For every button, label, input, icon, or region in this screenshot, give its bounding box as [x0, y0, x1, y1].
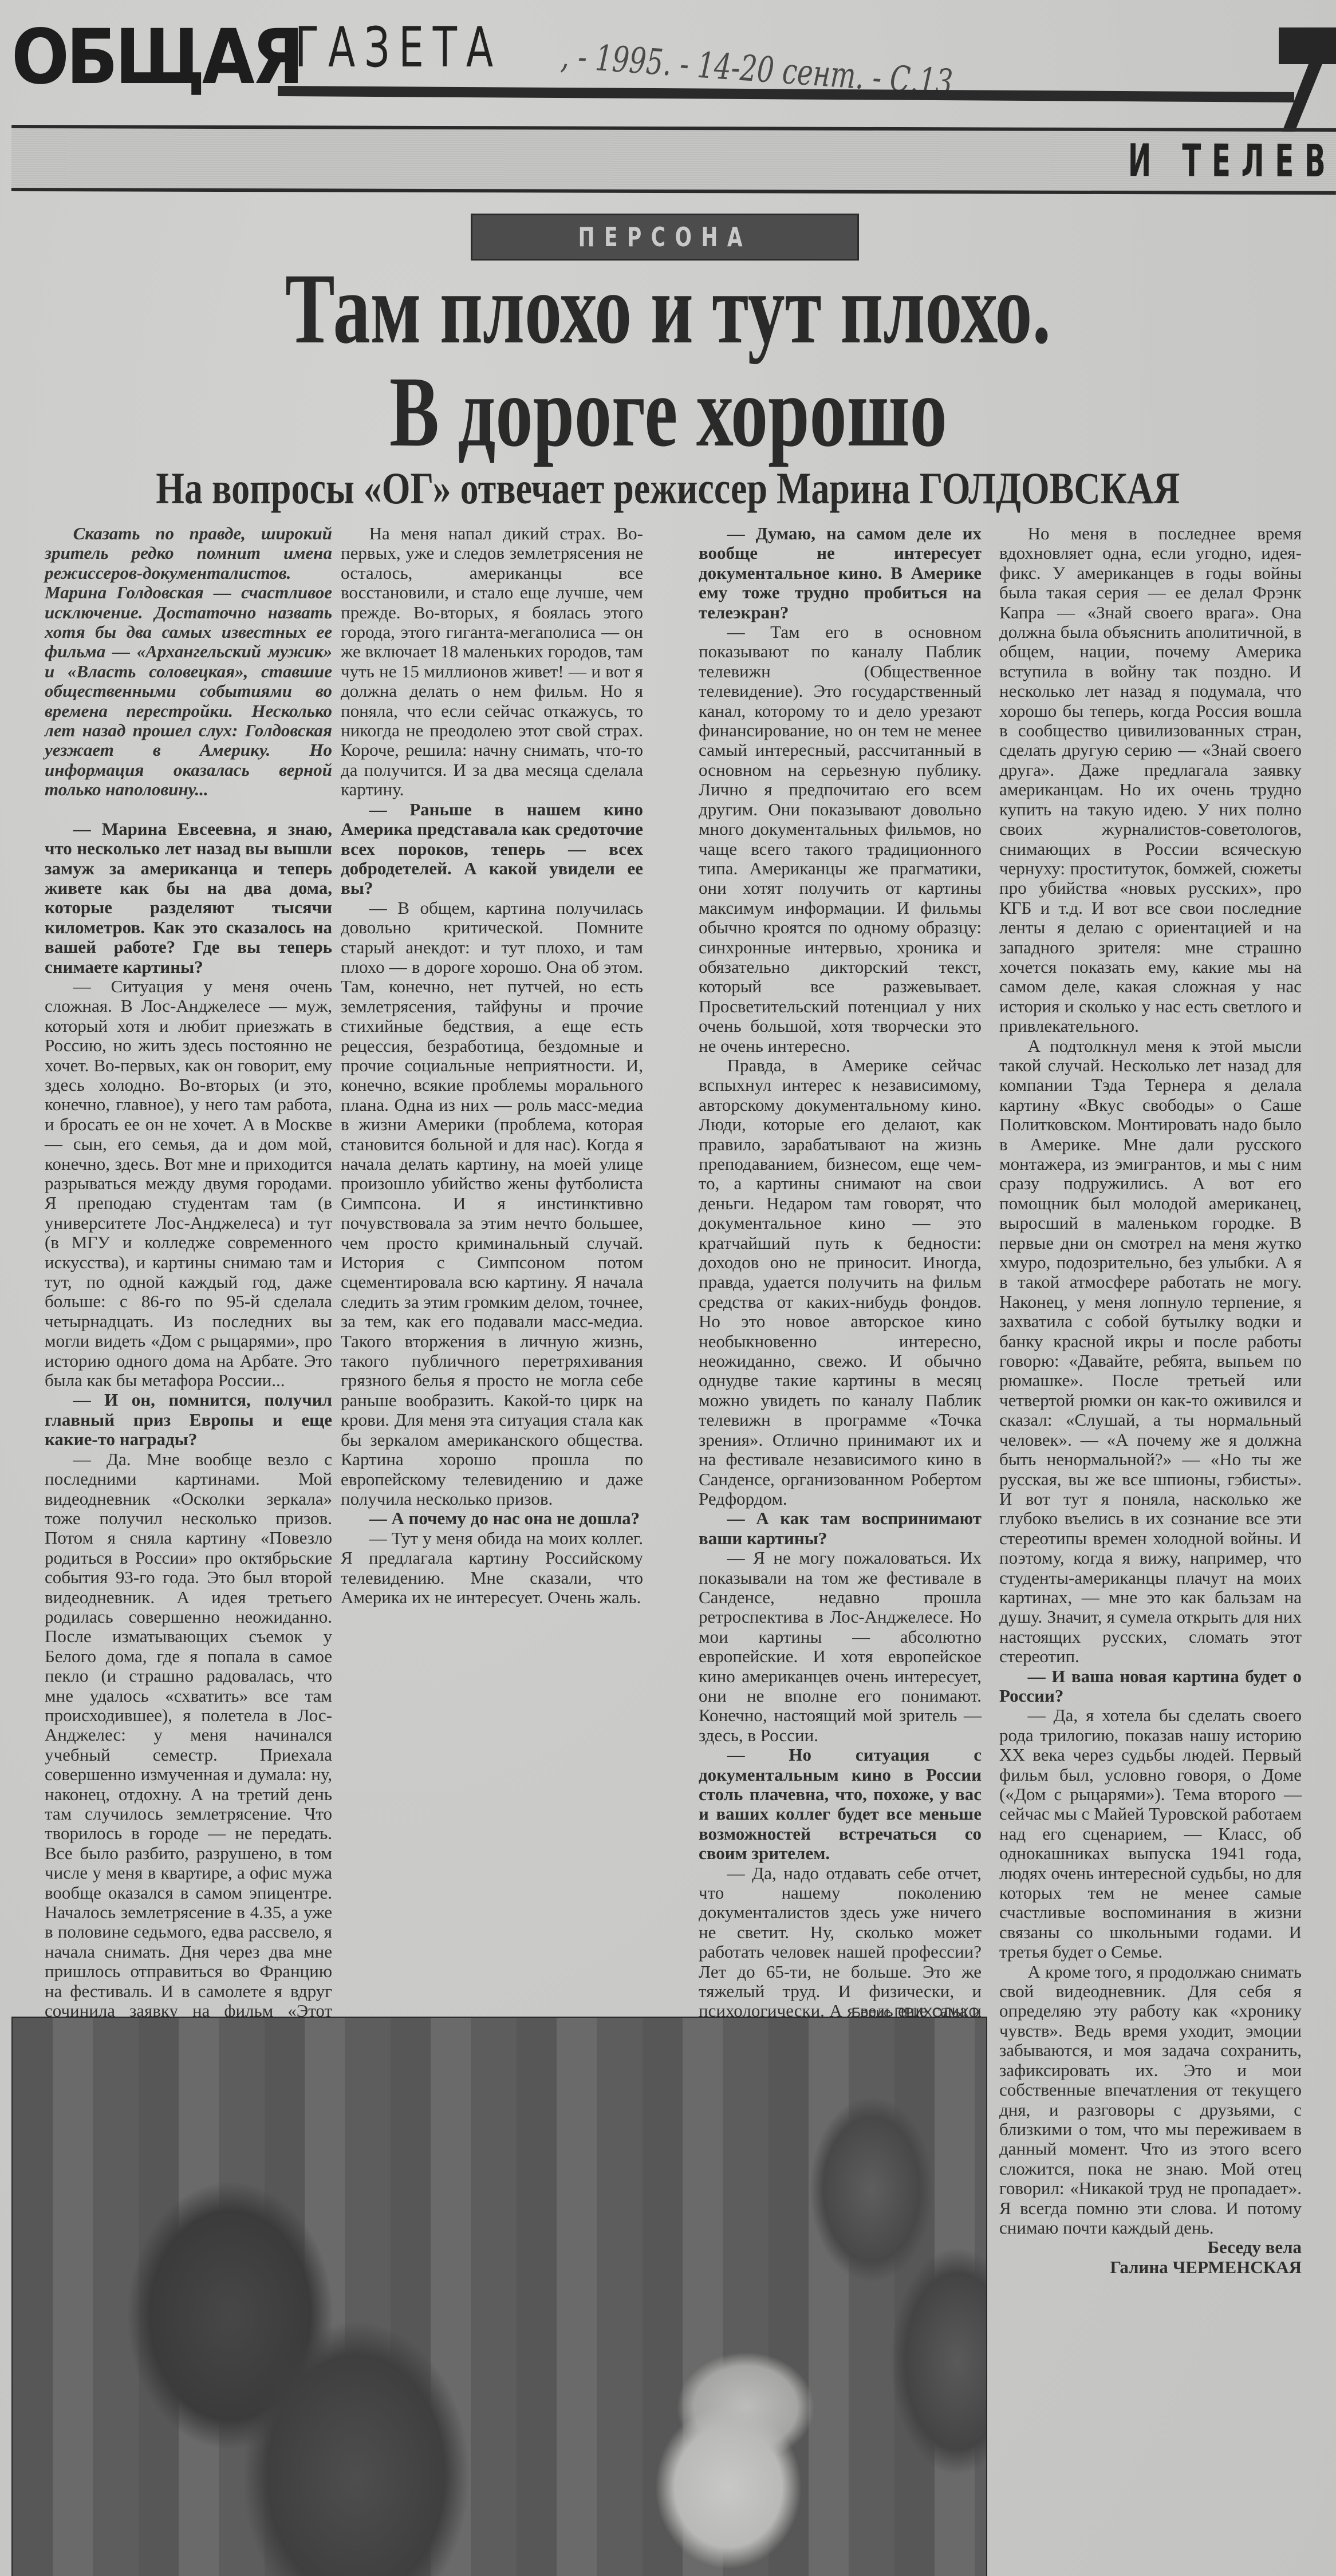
- interview-answer: — Тут у меня обида на моих коллег. Я пре…: [341, 1529, 643, 1608]
- rubric-label: ПЕРСОНА: [578, 222, 751, 253]
- article-lead: Сказать по правде, широкий зритель редко…: [45, 524, 332, 800]
- article-column-3: — Думаю, на самом деле их вообще не инте…: [699, 524, 982, 2120]
- headline-line-2: В дороге хорошо: [0, 361, 1336, 464]
- interview-answer-continued: А подтолкнул меня к этой мысли такой слу…: [999, 1036, 1302, 1667]
- interview-answer: — В общем, картина получилась довольно к…: [341, 898, 643, 1509]
- newspaper-logo: ОБЩАЯ: [11, 17, 243, 97]
- newspaper-page: ОБЩАЯ ГАЗЕТА , - 1995. - 14-20 сент. - С…: [0, 0, 1336, 2576]
- article-photo: [11, 2017, 987, 2576]
- interview-question: — Марина Евсеевна, я знаю, что несколько…: [45, 819, 332, 977]
- section-number-seven-icon: [1274, 23, 1336, 140]
- interview-answer-continued: На меня напал дикий страх. Во-первых, уж…: [341, 524, 643, 800]
- interview-question: — А почему до нас она не дошла?: [341, 1509, 643, 1528]
- newspaper-title: ГАЗЕТА: [295, 16, 502, 79]
- interview-answer: — Там его в основном показывают по канал…: [699, 622, 982, 1056]
- article-column-2: На меня напал дикий страх. Во-первых, уж…: [341, 524, 643, 1607]
- section-band: И ТЕЛЕВ: [11, 125, 1336, 195]
- article-column-1: Сказать по правде, широкий зритель редко…: [45, 524, 332, 2139]
- headline-line-1: Там плохо и тут плохо.: [0, 258, 1336, 361]
- interview-question: — И ваша новая картина будет о России?: [999, 1667, 1302, 1706]
- interview-answer: — Я не могу пожаловаться. Их показывали …: [699, 1548, 982, 1745]
- signoff-label: Беседу вела: [999, 2238, 1302, 2257]
- interview-answer-continued: А кроме того, я продолжаю снимать свой в…: [999, 1962, 1302, 2238]
- interview-answer-continued: Но меня в последнее время вдохновляет од…: [999, 524, 1302, 1036]
- interview-answer-continued: Правда, в Америке сейчас вспыхнул интере…: [699, 1056, 982, 1509]
- interview-answer: — Ситуация у меня очень сложная. В Лос-А…: [45, 977, 332, 1391]
- section-band-label: И ТЕЛЕВ: [1128, 135, 1336, 188]
- subheadline: На вопросы «ОГ» отвечает режиссер Марина…: [0, 463, 1336, 514]
- article-column-4: Но меня в последнее время вдохновляет од…: [999, 524, 1302, 2277]
- interview-answer: — Да, я хотела бы сделать своего рода тр…: [999, 1706, 1302, 1962]
- interview-question: — Раньше в нашем кино Америка представал…: [341, 800, 643, 898]
- interview-question: — И он, помнится, получил главный приз Е…: [45, 1390, 332, 1449]
- interview-question: — А как там воспринимают ваши картины?: [699, 1509, 982, 1548]
- masthead: ОБЩАЯ ГАЗЕТА , - 1995. - 14-20 сент. - С…: [0, 0, 1336, 189]
- interview-question: — Но ситуация с документальным кино в Ро…: [699, 1745, 982, 1863]
- interview-question: — Думаю, на самом деле их вообще не инте…: [699, 524, 982, 622]
- signoff-name: Галина ЧЕРМЕНСКАЯ: [999, 2258, 1302, 2277]
